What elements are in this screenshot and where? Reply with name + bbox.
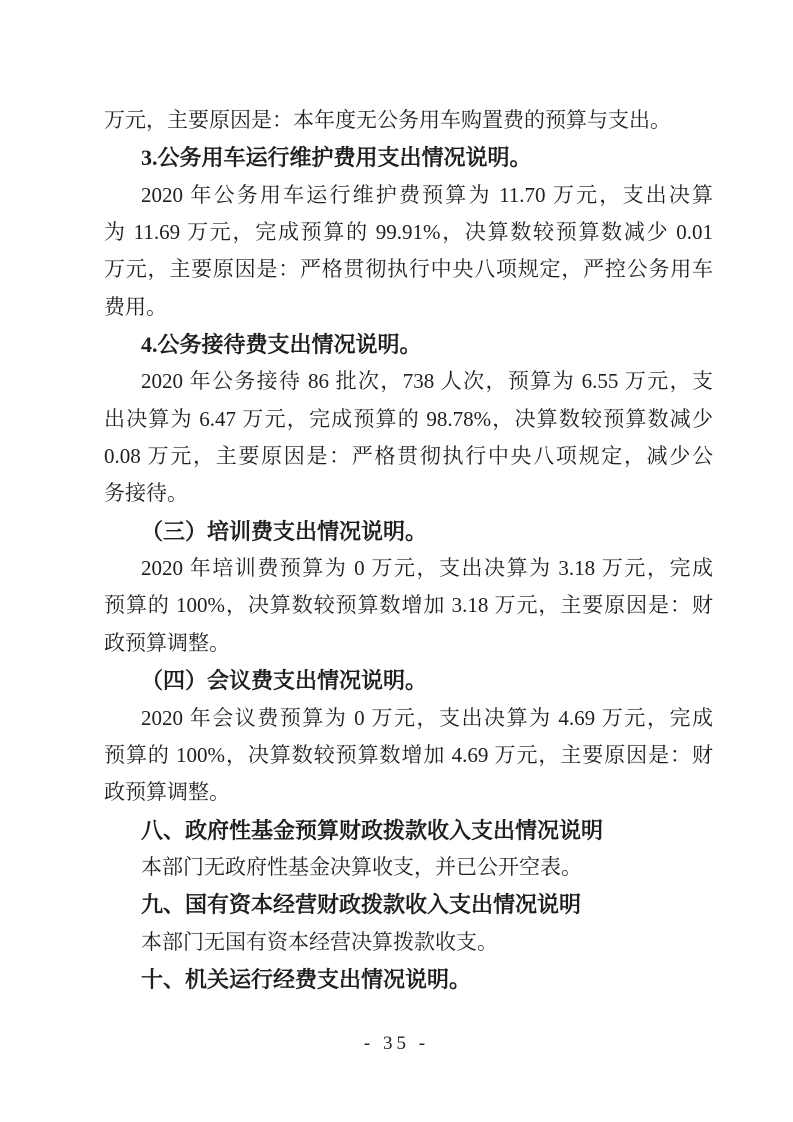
body-text-line: 政预算调整。	[104, 774, 713, 811]
body-text-line: 为 11.69 万元，完成预算的 99.91%，决算数较预算数减少 0.01	[104, 214, 713, 251]
body-text-line: 万元，主要原因是：本年度无公务用车购置费的预算与支出。	[104, 102, 713, 139]
document-content: 万元，主要原因是：本年度无公务用车购置费的预算与支出。3.公务用车运行维护费用支…	[104, 102, 713, 998]
section-heading-line: 十、机关运行经费支出情况说明。	[104, 961, 713, 998]
body-text-line: 本部门无政府性基金决算收支，并已公开空表。	[104, 849, 713, 886]
body-text-line: 政预算调整。	[104, 625, 713, 662]
body-text-line: 2020 年公务用车运行维护费预算为 11.70 万元，支出决算	[104, 177, 713, 214]
subheading-line: （三）培训费支出情况说明。	[104, 513, 713, 550]
body-text-line: 务接待。	[104, 475, 713, 512]
document-page: 万元，主要原因是：本年度无公务用车购置费的预算与支出。3.公务用车运行维护费用支…	[0, 0, 793, 1122]
subheading-line: 4.公务接待费支出情况说明。	[104, 326, 713, 363]
body-text-line: 费用。	[104, 289, 713, 326]
page-number: - 35 -	[0, 1033, 793, 1055]
body-text-line: 本部门无国有资本经营决算拨款收支。	[104, 924, 713, 961]
subheading-line: 3.公务用车运行维护费用支出情况说明。	[104, 139, 713, 176]
body-text-line: 2020 年会议费预算为 0 万元，支出决算为 4.69 万元，完成	[104, 700, 713, 737]
body-text-line: 预算的 100%，决算数较预算数增加 4.69 万元，主要原因是：财	[104, 737, 713, 774]
body-text-line: 0.08 万元，主要原因是：严格贯彻执行中央八项规定，减少公	[104, 438, 713, 475]
body-text-line: 万元，主要原因是：严格贯彻执行中央八项规定，严控公务用车	[104, 251, 713, 288]
subheading-line: （四）会议费支出情况说明。	[104, 662, 713, 699]
body-text-line: 预算的 100%，决算数较预算数增加 3.18 万元，主要原因是：财	[104, 587, 713, 624]
section-heading-line: 九、国有资本经营财政拨款收入支出情况说明	[104, 886, 713, 923]
body-text-line: 出决算为 6.47 万元，完成预算的 98.78%，决算数较预算数减少	[104, 401, 713, 438]
body-text-line: 2020 年培训费预算为 0 万元，支出决算为 3.18 万元，完成	[104, 550, 713, 587]
section-heading-line: 八、政府性基金预算财政拨款收入支出情况说明	[104, 812, 713, 849]
body-text-line: 2020 年公务接待 86 批次，738 人次，预算为 6.55 万元，支	[104, 363, 713, 400]
